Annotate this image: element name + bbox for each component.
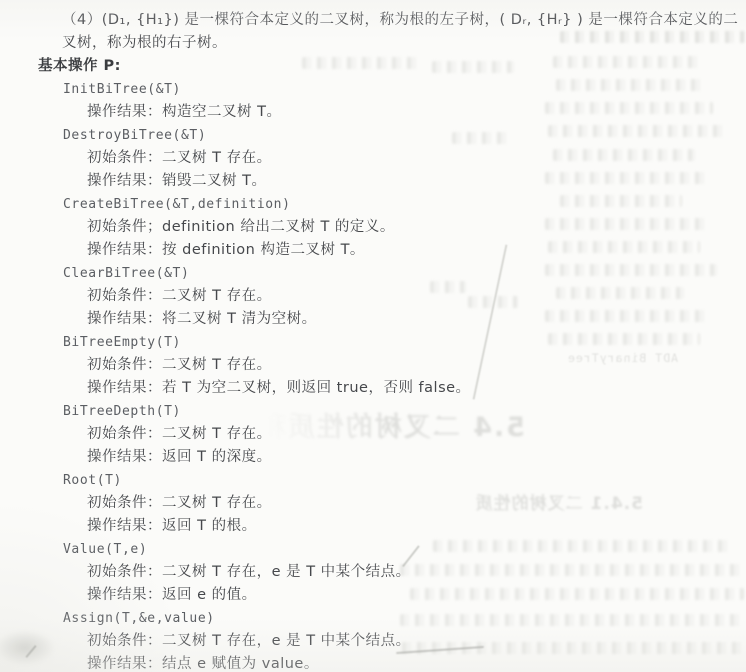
operation-result: 操作结果：结点 e 赋值为 value。 [0,653,746,672]
operation-result: 操作结果：按 definition 构造二叉树 T。 [0,239,746,262]
operation-signature: BiTreeDepth(T) [0,400,746,423]
scanned-page: 5.4 二叉树的性质和存储结构 5.4.1 二叉树的性质 ADT BinaryT… [0,0,746,672]
paragraph-line: （4）(D₁, {H₁}) 是一棵符合本定义的二叉树，称为根的左子树，( Dᵣ,… [0,9,746,32]
initial-condition: 初始条件：二叉树 T 存在。 [0,423,746,446]
operation-signature: CreateBiTree(&T,definition) [0,193,746,216]
operation-signature: Root(T) [0,469,746,492]
operation-result: 操作结果：将二叉树 T 清为空树。 [0,308,746,331]
operation-result: 操作结果：若 T 为空二叉树，则返回 true，否则 false。 [0,377,746,400]
operation-signature: BiTreeEmpty(T) [0,331,746,354]
operation-result: 操作结果：销毁二叉树 T。 [0,170,746,193]
operation-signature: Value(T,e) [0,538,746,561]
operation-result: 操作结果：返回 T 的深度。 [0,446,746,469]
initial-condition: 初始条件：二叉树 T 存在。 [0,354,746,377]
operation-result: 操作结果：构造空二叉树 T。 [0,101,746,124]
paragraph-line: 叉树，称为根的右子树。 [0,32,746,55]
operation-signature: InitBiTree(&T) [0,78,746,101]
basic-operations-heading: 基本操作 P: [0,55,746,78]
operation-signature: DestroyBiTree(&T) [0,124,746,147]
main-text: （4）(D₁, {H₁}) 是一棵符合本定义的二叉树，称为根的左子树，( Dᵣ,… [0,9,746,672]
initial-condition: 初始条件：二叉树 T 存在。 [0,147,746,170]
operation-result: 操作结果：返回 T 的根。 [0,515,746,538]
operation-signature: ClearBiTree(&T) [0,262,746,285]
initial-condition: 初始条件：二叉树 T 存在，e 是 T 中某个结点。 [0,630,746,653]
initial-condition: 初始条件：二叉树 T 存在。 [0,492,746,515]
initial-condition: 初始条件：二叉树 T 存在。 [0,285,746,308]
operation-signature: Assign(T,&e,value) [0,607,746,630]
initial-condition: 初始条件；definition 给出二叉树 T 的定义。 [0,216,746,239]
initial-condition: 初始条件：二叉树 T 存在，e 是 T 中某个结点。 [0,561,746,584]
operation-result: 操作结果：返回 e 的值。 [0,584,746,607]
